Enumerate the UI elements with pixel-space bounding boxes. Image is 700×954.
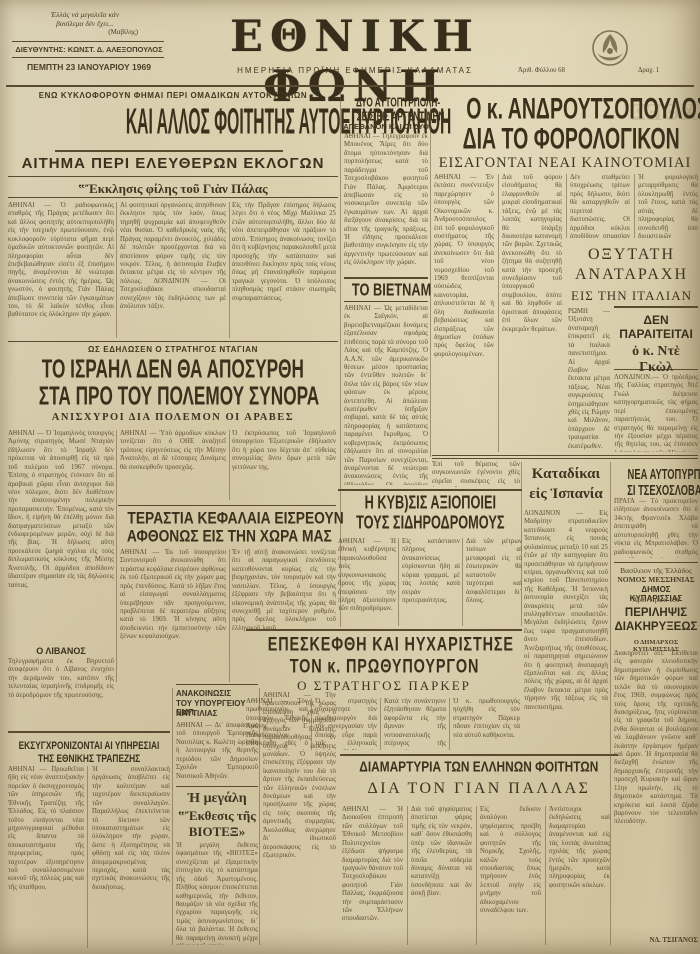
spain-headline-line1: Καταδίκαι bbox=[524, 466, 608, 483]
lead-subhead: ΑΙΤΗΜΑ ΠΕΡΙ ΕΛΕΥΘΕΡΩΝ ΕΚΛΟΓΩΝ bbox=[8, 155, 338, 172]
andro-body-col4: Ἡ φορολογικὴ μεταρρύθμισις θὰ ὁλοκληρωθῇ… bbox=[638, 174, 698, 238]
lead-body-col2: Αἱ φοιτητικαὶ ὀργανώσεις ἀπηύθυναν ἔκκλη… bbox=[120, 202, 226, 338]
italy-headline-line2: ΑΝΑΤΑΡΑΧΗ bbox=[565, 266, 698, 284]
lead-kicker: ΕΝΩ ΚΥΚΛΟΦΟΡΟΥΝ ΦΗΜΑΙ ΠΕΡΙ ΟΜΑΔΙΚΩΝ ΑΥΤΟ… bbox=[8, 91, 338, 100]
bank-top-rule bbox=[8, 731, 170, 733]
kyparissia-title-line2: ΔΙΑΚΗΡΥΞΕΩΣ bbox=[614, 621, 698, 633]
kyparissia-top-rule bbox=[614, 562, 698, 563]
right-section-rule-1 bbox=[432, 455, 698, 456]
students-body-col2: Διὰ τοῦ ψηφίσματος ἀποτίεται φόρος τιμῆς… bbox=[411, 806, 472, 945]
column-divider bbox=[311, 698, 312, 750]
lead-body-col3: Εἰς τὴν Πρᾶγαν ἐπίσημος δήλωσις λέγει ὅτ… bbox=[232, 202, 336, 338]
students-top-rule bbox=[340, 754, 618, 756]
parker-headline-line1: ΕΠΕΣΚΕΦΘΗ ΚΑΙ ΗΥΧΑΡΙΣΤΗΣΕ bbox=[246, 633, 522, 653]
lead-crosshead: ‟Ἔκκλησις φίλης τοῦ Γιὰν Πάλας bbox=[8, 181, 338, 197]
masthead-motto-attribution: (Μαβίλης) bbox=[18, 28, 138, 36]
capitals-top-rule bbox=[118, 505, 336, 506]
kyparissia-nomos: ΝΟΜΟΣ ΜΕΣΣΗΝΙΑΣ bbox=[614, 575, 698, 584]
masthead-date: ΠΕΜΠΤΗ 23 ΙΑΝΟΥΑΡΙΟΥ 1969 bbox=[10, 62, 168, 72]
spain-headline-line2: εἰς Ἱσπανία bbox=[524, 486, 608, 503]
column-divider bbox=[87, 766, 88, 948]
masthead-rule-1 bbox=[12, 41, 164, 42]
kyparissia-title-line1: ΠΕΡΙΛΗΨΙΣ bbox=[614, 607, 698, 619]
students-body-col3: Εἰς ἔκδοσιν ἀναλόγου ψηφίσματος προέβη κ… bbox=[480, 806, 541, 945]
israel-kicker: ΩΣ ΕΔΗΛΩΣΕΝ Ο ΣΤΡΑΤΗΓΟΣ ΝΤΑΓΙΑΝ bbox=[8, 345, 338, 354]
kyparissia-kingdom: Βασίλειον τῆς Ἑλλάδος bbox=[614, 566, 698, 575]
vietnam-headline: ΤΟ ΒΙΕΤΝΑΜ bbox=[342, 281, 430, 299]
biotex-headline-line3: ΒΙΟΤΕΞ» bbox=[176, 824, 258, 840]
degaulle-body: ΛΟΝΔΙΝΟΝ.— Ὁ πρόεδρος τῆς Γαλλίας στρατη… bbox=[614, 374, 698, 452]
column-divider bbox=[229, 430, 230, 500]
section-divider bbox=[610, 462, 611, 945]
railways-intro: Ἐπὶ τοῦ θέματος τῶν συγκοινωνιῶν ἐγένοντ… bbox=[432, 461, 520, 487]
masthead-subtitle: ΗΜΕΡΗΣΙΑ ΠΡΩΪΝΗ ΕΦΗΜΕΡΙΣ ΚΑΛΑΜΑΤΑΣ bbox=[195, 66, 515, 75]
students-body-col1: ΑΘΗΝΑΙ — Ἡ Διοικοῦσα ἐπιτροπὴ τῶν συλλόγ… bbox=[342, 806, 403, 945]
column-divider bbox=[172, 688, 173, 945]
railways-body-col2: Εἰς κατάστασιν πλήρους ἀνακαινίσεως εὑρί… bbox=[402, 538, 460, 626]
column-divider bbox=[229, 202, 230, 338]
column-divider bbox=[380, 698, 381, 750]
newspaper-emblem-icon bbox=[589, 27, 631, 69]
lead-body-col1: ΑΘΗΝΑΙ — Ὁ ραδιοφωνικὸς σταθμὸς τῆς Πράγ… bbox=[8, 202, 114, 338]
lead-headline: ΚΑΙ ΑΛΛΟΣ ΦΟΙΤΗΤΗΣ ΑΥΤΟΕΠΥΡΠΟΛΗΘΗ bbox=[8, 101, 338, 132]
masthead-issue-number: Ἀριθ. Φύλλου 68 bbox=[518, 67, 598, 74]
biotex-headline-line2: ‟Ἔκθεσις τῆς bbox=[176, 808, 258, 824]
column-divider bbox=[116, 430, 117, 682]
italy-headline-line3: ΕΙΣ ΤΗΝ ΙΤΑΛΙΑΝ bbox=[565, 288, 698, 304]
capitals-headline-line1: ΤΕΡΑΣΤΙΑ ΚΕΦΑΛΑΙΑ ΕΙΣΡΕΟΥΝ bbox=[118, 509, 336, 527]
degaulle-box: ΔΕΝ ΠΑΡΑΙΤΕΙΤΑΙ ὁ κ. Ντὲ Γκὼλ bbox=[614, 306, 698, 370]
israel-body-col2: ΑΘΗΝΑΙ — Ὑπὸ ἁρμοδίων κύκλων τονίζεται ὅ… bbox=[120, 430, 226, 500]
andro-body-col2: Διὰ τοῦ φόρου εἰσοδήματος θὰ ἐλαφρυνθοῦν… bbox=[502, 174, 562, 452]
railways-body-col3: Διὰ τῶν μέτρων τούτων αἱ μεταφοραὶ εἰς τ… bbox=[466, 538, 522, 626]
vietnam-body: ΑΘΗΝΑΙ — Ὡς μεταδίδεται ἐκ Σαϊγκόν, αἱ β… bbox=[344, 305, 428, 485]
column-divider bbox=[398, 538, 399, 626]
column-divider bbox=[229, 549, 230, 682]
lebanon-body: Τηλεγραφήματα ἐκ Βηρυττοῦ ἀναφέρουν ὅτι … bbox=[8, 658, 114, 728]
section-divider bbox=[340, 90, 341, 627]
biotex-body: Ἡ μεγάλη ἔκθεσις ὑφασμάτων τῆς «ΒΙΟΤΕΞ» … bbox=[176, 842, 258, 945]
column-divider bbox=[476, 806, 477, 945]
andro-subhead: ΕΙΣΑΓΟΝΤΑΙ ΝΕΑΙ ΚΑΙΝΟΤΟΜΙΑΙ bbox=[432, 155, 698, 172]
czech-body: ΠΡΑΓΑ — Τὸ πρακτορεῖον εἰδήσεων ἀνεκοίνω… bbox=[614, 498, 698, 558]
bank-headline-line2: ΤΗΣ ΕΘΝΙΚΗΣ ΤΡΑΠΕΖΗΣ bbox=[8, 748, 170, 766]
masthead-price: Δραχ. 1 bbox=[638, 67, 688, 74]
kyparissia-protocol: Ἀριθ. Πρωτ. 198 bbox=[614, 596, 698, 604]
andro-headline-line2: ΔΙΑ ΤΟ ΦΟΡΟΛΟΓΙΚΟΝ bbox=[432, 122, 698, 151]
biotex-headline-line1: Ἡ μεγάλη bbox=[176, 791, 258, 807]
biotex-top-rule bbox=[176, 786, 258, 787]
column-divider bbox=[545, 806, 546, 945]
right-section-rule-2 bbox=[432, 458, 698, 459]
israel-subhead: ΑΝΙΣΧΥΡΟΙ ΔΙΑ ΠΟΛΕΜΟΝ ΟΙ ΑΡΑΒΕΣ bbox=[8, 412, 338, 423]
bank-body-col2: Ἡ συναλλακτικὴ ὀργάνωσις ἀποβλέπει εἰς τ… bbox=[92, 766, 170, 948]
andro-headline-line1: Ο κ. ΑΝΔΡΟΥΤΣΟΠΟΥΛΟΣ bbox=[432, 92, 698, 121]
parker-subhead: Ο ΣΤΡΑΤΗΓΟΣ ΠΑΡΚΕΡ bbox=[246, 678, 522, 694]
section-divider bbox=[430, 90, 431, 457]
israel-body-col3: Ὁ ἐκπρόσωπος τοῦ Ἰσραηλινοῦ ὑπουργείου Ἐ… bbox=[232, 430, 336, 500]
masthead-motto-line2: βασίλεμα δέν ἔχει... bbox=[18, 19, 152, 28]
column-divider bbox=[498, 174, 499, 452]
italy-body: ΡΩΜΗ — Ὀξυτάτη ἀναταραχὴ ἐπικρατεῖ εἰς τ… bbox=[568, 308, 610, 452]
railways-headline-line1: Η ΚΥΒ)ΣΙΣ ΑΞΙΟΠΟΙΕΙ bbox=[338, 493, 522, 511]
lead-subhead-rule bbox=[8, 176, 338, 177]
column-divider bbox=[449, 698, 450, 750]
railways-top-rule bbox=[338, 489, 522, 491]
israel-top-rule bbox=[8, 341, 338, 342]
parker-headline-line2: ΤΟΝ κ. ΠΡΩΘΥΠΟΥΡΓΟΝ bbox=[246, 655, 522, 675]
column-divider bbox=[634, 174, 635, 238]
argentina-body: ΑΘΗΝΑΙ — Τηλεγραφοῦν ἐκ Μπουένος Ἄϊρες ὅ… bbox=[344, 133, 428, 275]
degaulle-headline-line2: ὁ κ. Ντὲ Γκὼλ bbox=[614, 344, 698, 376]
argentina-subhead: ΑΠΕΘΑΝΟΝ ΚΑΙ ΟΙ ΔΥΟ bbox=[342, 122, 430, 131]
andro-body-col3: Δὲν σταθμεύει ὑποχρέωσις τρίτων πρὸς δήλ… bbox=[570, 174, 630, 238]
parker-body-col3: Κατὰ τὴν συνάντησιν ἐξητάσθησαν θέματα ἀ… bbox=[384, 698, 446, 750]
column-divider bbox=[462, 538, 463, 626]
column-divider bbox=[521, 462, 522, 626]
railways-headline-line2: ΤΟΥΣ ΣΙΔΗΡΟΔΡΟΜΟΥΣ bbox=[338, 513, 522, 531]
students-body-col4: Ἀντίστοιχοι ἐκδηλώσεις καὶ διαμαρτυρίαι … bbox=[549, 806, 610, 945]
israel-headline-line2: ΣΤΑ ΠΡΟ ΤΟΥ ΠΟΛΕΜΟΥ ΣΥΝΟΡΑ bbox=[8, 382, 338, 406]
masthead-director: ΔΙΕΥΘΥΝΤΗΣ: ΚΩΝΣΤ. Δ. ΑΛΕΞΟΠΟΥΛΟΣ bbox=[10, 45, 168, 54]
israel-headline-line1: ΤΟ ΙΣΡΑΗΛ ΔΕΝ ΘΑ ΑΠΟΣΥΡΘΗ bbox=[8, 355, 338, 379]
lead-headline-rule bbox=[55, 150, 283, 152]
masthead-motto-line1: Ἑλλάς νά μεγαλεῖα κάν bbox=[18, 10, 152, 19]
kyparissia-body: Διακηρύττει ὅτι: Ἐκτίθεται εἰς φανερὰν π… bbox=[614, 650, 698, 934]
israel-body-col1: ΑΘΗΝΑΙ — Ὁ Ἰσραηλινὸς ὑπουργὸς Ἀμύνης στ… bbox=[8, 430, 114, 642]
czech-headline-line2: ΣΙ ΤΣΕΧΟΣΛΟΒΑΚΟΥ bbox=[614, 480, 698, 498]
parker-body-col4: Ὁ κ. πρωθυπουργὸς ηὐχήθη εἰς τὸν στρατηγ… bbox=[453, 698, 520, 750]
students-headline: ΔΙΑΜΑΡΤΥΡΙΑ ΤΩΝ ΕΛΛΗΝΩΝ ΦΟΙΤΗΤΩΝ bbox=[340, 757, 618, 775]
railways-body-col1: ΑΘΗΝΑΙ — Ἡ ἐθνικὴ κυβέρνησις παρακολουθο… bbox=[338, 538, 396, 626]
column-divider bbox=[407, 806, 408, 945]
kyparissia-signature: ΝΔ. ΤΣΙΓΑΝΟΣ bbox=[614, 936, 698, 944]
capitals-body-col1: ΑΘΗΝΑΙ — Ἐκ τοῦ ὑπουργείου Συντονισμοῦ ἀ… bbox=[120, 549, 226, 682]
lebanon-crosshead: Ο ΛΙΒΑΝΟΣ bbox=[8, 646, 114, 656]
masthead-rule-2 bbox=[12, 57, 164, 58]
parker-body-col2: Ὁ στρατηγὸς ηὐχαρίστησε τὸν πρωθυπουργὸν… bbox=[315, 698, 377, 750]
newspaper-front-page: Ἑλλάς νά μεγαλεῖα κάν βασίλεμα δέν ἔχει.… bbox=[0, 0, 700, 954]
masthead-main-rule bbox=[6, 85, 694, 87]
vietnam-top-rule bbox=[344, 277, 428, 279]
parker-top-rule bbox=[246, 629, 522, 631]
capitals-headline-line2: ΑΦΘΟΝΩΣ ΕΙΣ ΤΗΝ ΧΩΡΑ ΜΑΣ bbox=[118, 527, 336, 545]
parker-body-col1: ΑΘΗΝΑΙ — Τὸν πρωθυπουργὸν καὶ ὑπουργὸν Ἐ… bbox=[246, 698, 308, 750]
spain-body: ΛΟΝΔΙΝΟΝ — Εἰς Μαδρίτην στρατοδικεῖον κα… bbox=[524, 510, 608, 756]
bank-body-col1: ΑΘΗΝΑΙ — Προωθεῖται ἤδη εἰς νέαν ἀναπτυξ… bbox=[8, 766, 84, 948]
vietnam-headline-rule bbox=[344, 301, 428, 302]
lead-crosshead-rule bbox=[8, 197, 338, 198]
students-headline2: ΔΙΑ ΤΟΝ ΓΙΑΝ ΠΑΛΛΑΣ bbox=[340, 780, 618, 798]
andro-body-col1: ΑΘΗΝΑΙ — Ἐν ἐκτάσει συνέντευξιν παρεχώρη… bbox=[434, 174, 494, 452]
degaulle-headline-line1: ΔΕΝ ΠΑΡΑΙΤΕΙΤΑΙ bbox=[614, 313, 698, 341]
column-divider bbox=[566, 174, 567, 238]
column-divider bbox=[116, 202, 117, 338]
italy-headline-line1: ΟΞΥΤΑΤΗ bbox=[565, 246, 698, 264]
